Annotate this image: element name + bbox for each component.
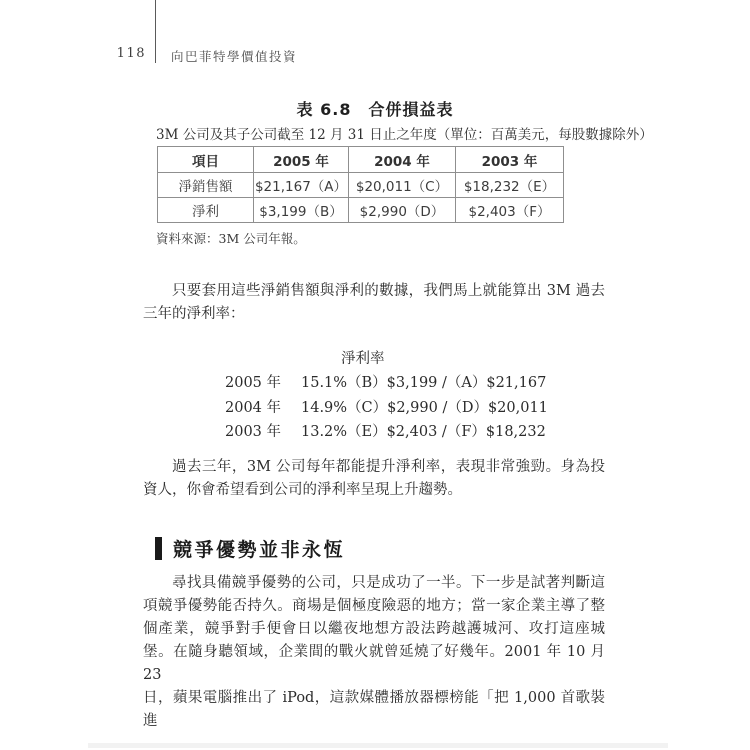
net-margin-row-2003: 2003 年13.2%（E）$2,403 /（F）$18,232 — [225, 420, 546, 441]
table-source-note: 資料來源：3M 公司年報。 — [156, 229, 306, 247]
paragraph-line: 只要套用這些淨銷售額與淨利的數據，我們馬上就能算出 3M 過去 — [143, 280, 605, 303]
net-margin-year: 2004 年 — [225, 396, 301, 417]
book-page: 118 向巴菲特學價值投資 表 6.8 合併損益表 3M 公司及其子公司截至 1… — [0, 0, 750, 750]
paragraph-competitive-advantage: 尋找具備競爭優勢的公司，只是成功了一半。下一步是試著判斷這 項競爭優勢能否持久。… — [143, 572, 605, 733]
table-row: 淨銷售額 $21,167（A） $20,011（C） $18,232（E） — [158, 173, 564, 198]
heading-bar-icon — [155, 537, 162, 560]
paragraph-line: 日，蘋果電腦推出了 iPod，這款媒體播放器標榜能「把 1,000 首歌裝進 — [143, 687, 605, 733]
net-margin-title: 淨利率 — [341, 347, 385, 368]
net-margin-formula: （C）$2,990 /（D）$20,011 — [347, 400, 548, 416]
net-sales-2003: $18,232（E） — [456, 173, 564, 198]
paragraph-line: 項競爭優勢能否持久。商場是個極度險惡的地方；當一家企業主導了整 — [143, 595, 605, 618]
table-header-row: 項目 2005 年 2004 年 2003 年 — [158, 147, 564, 173]
paragraph-margin-trend: 過去三年，3M 公司每年都能提升淨利率，表現非常強勁。身為投 資人，你會希望看到… — [143, 456, 605, 502]
running-head-title: 向巴菲特學價值投資 — [171, 47, 297, 65]
paragraph-intro-net-margin: 只要套用這些淨銷售額與淨利的數據，我們馬上就能算出 3M 過去 三年的淨利率： — [143, 280, 605, 326]
net-margin-year: 2005 年 — [225, 371, 301, 392]
net-margin-row-2005: 2005 年15.1%（B）$3,199 /（A）$21,167 — [225, 371, 546, 392]
net-income-2003: $2,403（F） — [456, 198, 564, 223]
paragraph-line: 過去三年，3M 公司每年都能提升淨利率，表現非常強勁。身為投 — [143, 456, 605, 479]
net-income-2005: $3,199（B） — [254, 198, 349, 223]
table-subtitle: 3M 公司及其子公司截至 12 月 31 日止之年度（單位：百萬美元，每股數據除… — [156, 123, 653, 143]
net-sales-2005: $21,167（A） — [254, 173, 349, 198]
section-heading-text: 競爭優勢並非永恆 — [173, 535, 345, 562]
income-statement-table: 項目 2005 年 2004 年 2003 年 淨銷售額 $21,167（A） … — [157, 146, 564, 223]
page-number: 118 — [100, 46, 146, 61]
net-margin-formula: （B）$3,199 /（A）$21,167 — [347, 375, 546, 391]
net-income-2004: $2,990（D） — [349, 198, 456, 223]
header-divider-rule — [155, 0, 156, 63]
net-margin-percent: 14.9% — [301, 400, 347, 416]
table-row: 淨利 $3,199（B） $2,990（D） $2,403（F） — [158, 198, 564, 223]
paragraph-line: 個產業，競爭對手便會日以繼夜地想方設法跨越護城河、攻打這座城 — [143, 618, 605, 641]
table-caption: 表 6.8 合併損益表 — [0, 97, 750, 120]
net-margin-percent: 13.2% — [301, 424, 347, 440]
paragraph-line: 三年的淨利率： — [143, 303, 605, 326]
paragraph-line: 資人，你會希望看到公司的淨利率呈現上升趨勢。 — [143, 479, 605, 502]
net-margin-formula: （E）$2,403 /（F）$18,232 — [347, 424, 546, 440]
section-heading: 競爭優勢並非永恆 — [155, 535, 345, 561]
net-sales-2004: $20,011（C） — [349, 173, 456, 198]
table-header-2003: 2003 年 — [456, 147, 564, 173]
net-margin-percent: 15.1% — [301, 375, 347, 391]
table-header-2004: 2004 年 — [349, 147, 456, 173]
paragraph-line: 堡。在隨身聽領域，企業間的戰火就曾延燒了好幾年。2001 年 10 月 23 — [143, 641, 605, 687]
paragraph-line: 尋找具備競爭優勢的公司，只是成功了一半。下一步是試著判斷這 — [143, 572, 605, 595]
table-header-item: 項目 — [158, 147, 254, 173]
row-label-net-income: 淨利 — [158, 198, 254, 223]
table-header-2005: 2005 年 — [254, 147, 349, 173]
page-bottom-edge — [88, 743, 668, 748]
net-margin-year: 2003 年 — [225, 420, 301, 441]
row-label-net-sales: 淨銷售額 — [158, 173, 254, 198]
net-margin-row-2004: 2004 年14.9%（C）$2,990 /（D）$20,011 — [225, 396, 548, 417]
